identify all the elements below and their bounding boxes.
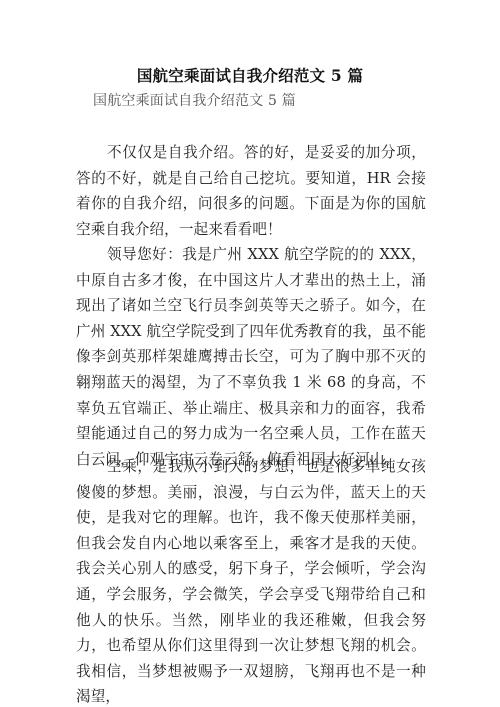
paragraph-intro: 不仅仅是自我介绍。答的好，是妥妥的加分项，答的不好，就是自己给自己挖坑。要知道，… (76, 140, 426, 242)
document-page: 国航空乘面试自我介绍范文 5 篇 国航空乘面试自我介绍范文 5 篇 不仅仅是自我… (0, 0, 500, 707)
paragraph-self-intro: 领导您好：我是广州 XXX 航空学院的的 XXX，中原自古多才俊，在中国这片人才… (76, 242, 426, 472)
document-title: 国航空乘面试自我介绍范文 5 篇 (0, 64, 500, 86)
paragraph-dream: 空乘，是我从小到大的梦想，也是很多单纯女孩傻傻的梦想。美丽，浪漫，与白云为伴，蓝… (76, 454, 426, 707)
document-subtitle: 国航空乘面试自我介绍范文 5 篇 (93, 90, 296, 110)
